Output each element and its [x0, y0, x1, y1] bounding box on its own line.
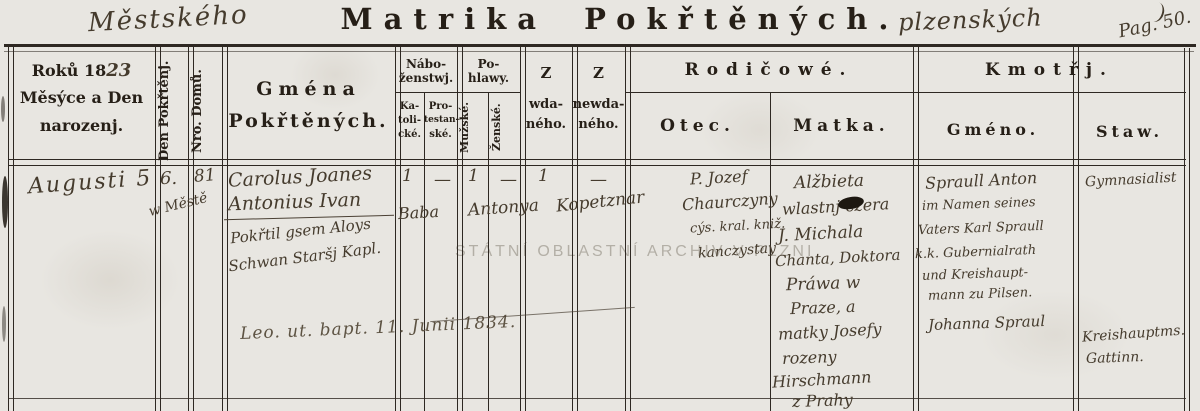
binding-mark	[1, 96, 5, 122]
entry-priest-line2: Schwan Staršj Kapl.	[228, 241, 382, 275]
column-header-religion-2: ženstwj.	[395, 72, 457, 85]
entry-midwife-word1: Baba	[398, 204, 440, 222]
column-header-godparents: Kmotřj.	[913, 62, 1186, 80]
entry-mother-line6: Praze, a	[790, 299, 856, 317]
column-header-catholic-2: toli-	[395, 116, 424, 127]
column-header-house-no: Nro. Domů.	[191, 60, 219, 162]
binding-mark	[2, 306, 6, 342]
column-header-born: narozenj.	[8, 118, 155, 135]
column-header-names-2: Pokřtěných.	[222, 112, 395, 132]
column-header-sex-1: Po-	[457, 58, 520, 71]
entry-catholic-mark: 1	[402, 168, 413, 185]
entry-godparent-name-line5: und Kreishaupt-	[922, 266, 1028, 283]
column-header-female: Ženské.	[491, 97, 518, 157]
entry-mother-line2: wlastnj czera	[782, 196, 890, 218]
entry-midwife-word2: Antonya	[467, 198, 539, 220]
entry-birth-date: Augusti 5	[27, 168, 153, 199]
column-header-protestant-3: ské.	[424, 130, 457, 141]
entry-godparent-name-line7: Johanna Spraul	[928, 314, 1046, 333]
header-bottom-line-echo	[8, 165, 1186, 166]
column-header-parents: Rodičowé.	[625, 62, 913, 80]
column-header-mother: Matka.	[770, 118, 913, 136]
entry-godparent-name-line1: Spraull Anton	[925, 170, 1038, 192]
column-header-protestant-1: Pro-	[424, 102, 457, 113]
column-header-protestant-2: testan-	[424, 116, 457, 125]
column-header-sex-2: hlawy.	[457, 72, 520, 85]
column-header-godparent-name: Gméno.	[913, 122, 1073, 139]
entry-male-mark: 1	[468, 168, 479, 185]
page-title: Matrika Pokřtěných.	[330, 4, 910, 34]
row-bottom-line	[8, 398, 1186, 399]
entry-mother-line5: Práwa w	[786, 275, 861, 295]
column-header-religion-1: Nábo-	[395, 58, 457, 71]
register-scan-page: STÁTNÍ OBLASTNÍ ARCHIV V PLZNI Městského…	[0, 0, 1200, 411]
column-header-catholic-3: cké.	[395, 130, 424, 141]
entry-father-line1: P. Jozef	[690, 169, 748, 188]
year-handwritten: 23	[106, 60, 131, 81]
title-handwritten-suffix: plzenských	[898, 5, 1043, 34]
column-border	[625, 45, 631, 411]
entry-mother-line7: matky Josefy	[778, 321, 882, 342]
title-handwritten-prefix: Městského	[87, 2, 249, 36]
entry-mother-line8: rozeny	[782, 349, 837, 367]
entry-name-line1: Carolus Joanes	[228, 164, 373, 191]
table-border-top-echo	[4, 51, 1194, 52]
table-border-top	[4, 44, 1196, 47]
entry-mother-line3: J. Michala	[778, 224, 864, 245]
page-number: Pag. 50.	[1117, 9, 1193, 42]
entry-protestant-mark: —	[434, 172, 451, 189]
entry-godparent-name-line6: mann zu Pilsen.	[928, 286, 1033, 303]
column-header-month-day: Měsýce a Den	[8, 90, 155, 107]
entry-female-mark: —	[500, 172, 517, 189]
column-header-male: Mužské.	[459, 97, 486, 157]
column-header-catholic-1: Ka-	[395, 102, 424, 113]
entry-godparent-name-line3: Vaters Karl Spraull	[918, 220, 1044, 237]
column-header-father: Otec.	[625, 118, 770, 136]
entry-godparent-name-line2: im Namen seines	[922, 196, 1036, 213]
entry-mother-line1: Alžbieta	[794, 173, 865, 192]
column-header-godparent-status: Staw.	[1073, 124, 1186, 141]
entry-legitimate-mark: 1	[538, 168, 549, 185]
entry-godparent-status-line2: Kreishauptms.	[1082, 323, 1186, 344]
entry-illegitimate-mark: —	[590, 172, 607, 189]
column-header-illegitimate-1: Z	[572, 66, 625, 82]
entry-father-line2: Chaurczyny	[682, 191, 779, 214]
column-header-legitimate-1: Z	[520, 66, 572, 82]
entry-father-line3: cýs. kral. kniž.	[690, 218, 786, 236]
entry-mother-line10: z Prahy	[792, 392, 853, 410]
year-printed: Roků 18	[32, 61, 107, 80]
entry-name-line2: Antonius Ivan	[228, 191, 362, 215]
column-header-baptism-day: Den Pokřtěnj.	[158, 60, 186, 162]
entry-mother-line9: Hirschmann	[772, 369, 872, 390]
entry-mother-line4: Chanta, Doktora	[775, 248, 901, 270]
column-header-illegitimate-3: ného.	[572, 118, 625, 132]
column-header-names-1: Gména	[222, 80, 395, 100]
entry-godparent-status-line1: Gymnasialist	[1085, 171, 1177, 190]
column-header-illegitimate-2: newda-	[572, 98, 625, 112]
entry-house-no: 81	[193, 167, 216, 186]
column-border	[395, 45, 401, 411]
entry-midwife-word3: Kopetznar	[555, 189, 645, 215]
entry-baptism-day: 6.	[160, 170, 177, 188]
column-border	[1073, 45, 1079, 411]
entry-godparent-name-line4: k.k. Gubernialrath	[915, 244, 1037, 261]
column-border-minor	[488, 92, 489, 411]
column-header-year: Roků 1823	[8, 62, 155, 80]
column-header-legitimate-2: wda-	[520, 98, 572, 112]
header-subdivision-line	[625, 92, 1186, 93]
table-border-right	[1184, 48, 1190, 411]
column-header-legitimate-3: ného.	[520, 118, 572, 132]
entry-godparent-status-line3: Gattinn.	[1086, 350, 1144, 366]
